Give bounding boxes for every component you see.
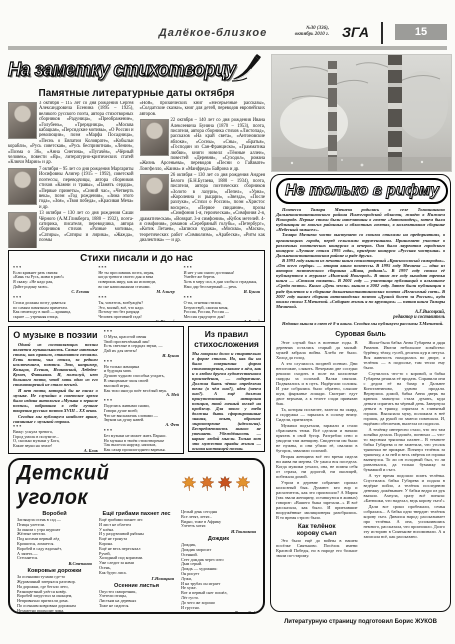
maple-leaf-icon xyxy=(236,476,250,497)
quote-text: О Муза, красотой овеян Твой просветлённы… xyxy=(104,335,179,354)
kids-poem: Осенние листья Опустел скворечник, Улете… xyxy=(99,583,174,609)
quote-text: И нет у нас иного достоянья! Умейте же б… xyxy=(184,271,260,290)
poems-quotes-box: Стихи писали и до нас Если крикнет рать … xyxy=(8,250,265,322)
autumn-leaves-row xyxy=(182,476,250,497)
writing-hand-icon xyxy=(231,54,263,87)
music-paragraph: И нет поэта, который бы не писал о музык… xyxy=(13,388,98,413)
article-column-2: «Ной», прозаических книг «Несерьёзные ра… xyxy=(140,101,266,248)
story-paragraph: Вторая женщина всё это время сидела ни ж… xyxy=(276,454,358,479)
story-paragraph: А тут время подошло поить телёнка. Спуст… xyxy=(364,473,446,503)
intro-paragraph: Тамара Мячнева часто выступает со своими… xyxy=(276,232,445,257)
story-column-1: Этот случай был в военные годы. В деревн… xyxy=(276,340,358,558)
page-header: Далёкое-близкое №30 (336), октябрь 2010 … xyxy=(8,24,447,44)
birch-trees-photo xyxy=(272,55,451,171)
story-paragraph: Случилось что-то с коровой, и бабка Губа… xyxy=(364,371,446,426)
music-box-right-column: О Муза, красотой овеян Твой просветлённы… xyxy=(104,330,179,450)
quote-text: Вижу: уснула тревога, Город умолк в полу… xyxy=(13,430,98,449)
maple-leaf-icon xyxy=(182,476,196,497)
header-divider xyxy=(381,22,383,44)
poem-author: И.Токмакова xyxy=(181,529,256,534)
poem-text: Целый день сегодня Все летят, летят... В… xyxy=(181,510,256,529)
music-left-quote: Вижу: уснула тревога, Город умолк в полу… xyxy=(13,425,98,454)
page-footer-credit: Литературную страницу подготовил Борис Ж… xyxy=(270,619,451,625)
feature-intro: Поэтесса Тамара Мячнева родилась в селе … xyxy=(276,207,445,309)
kids-column-2: Ещё грибами пахнет лес Ещё грибами пахне… xyxy=(99,510,174,614)
poetry-quote: И нет у нас иного достоянья! Умейте же б… xyxy=(184,266,260,294)
article-paragraph: 3 октября – 115 лет со дня рождения Серг… xyxy=(8,101,134,166)
poem-text: Дождик, Дождик моросит Осенний. Сеет дож… xyxy=(181,543,256,610)
music-box-paragraphs: Одной из составляющих поэзии является му… xyxy=(13,342,98,424)
story-column-2: Жила-была бабка Анна Губарева и дядя Ряз… xyxy=(364,340,446,558)
story-paragraph: Этот случай был в военные годы. В деревн… xyxy=(276,340,358,360)
music-box-title: О музыке в поэзии xyxy=(13,330,98,340)
kids-poem: Воробей Заглянула осень в сад — Птицы ул… xyxy=(17,511,92,566)
kids-poem: Дождик Дождик, Дождик моросит Осенний. С… xyxy=(181,536,256,614)
article-paragraph: 22 октября – 140 лет со дня рождения Ива… xyxy=(140,118,266,172)
author-portrait-photo xyxy=(140,174,169,211)
article-paragraph: 13 октября – 130 лет со дня рождения Саш… xyxy=(8,211,134,243)
article-subhead: Памятные литературные даты октября xyxy=(8,88,265,99)
kids-corner-title: Детский уголок xyxy=(17,462,182,510)
quote-text: Если крикнет рать святая: «Кинь ты Русь,… xyxy=(13,271,89,290)
story2-title: Как телёнок корову съел xyxy=(276,523,358,537)
story1-paragraphs: Этот случай был в военные годы. В деревн… xyxy=(276,340,358,520)
editor-signature: А.Г.Высоцкий, редактор и составитель xyxy=(276,310,445,321)
author-portrait-photo xyxy=(8,212,37,248)
newspaper-logo: ЗГА xyxy=(342,24,369,40)
quote-author: А. Блок xyxy=(13,449,98,454)
quote-author: И. Бунин xyxy=(104,354,179,359)
music-box-left-column: О музыке в поэзии Одной из составляющих … xyxy=(13,330,98,450)
quote-author: С. Есенин xyxy=(13,290,89,295)
paragraph-text: 13 октября – 130 лет со дня рождения Саш… xyxy=(39,211,134,243)
quote-text: Без музыки не может жить Парнас. Но музы… xyxy=(104,434,179,453)
poem-author: Роман Сэф xyxy=(181,610,256,614)
story-paragraph: Утром в деревне собрание: пропал колхозн… xyxy=(276,480,358,520)
author-portrait-photo xyxy=(140,119,169,156)
poetry-quote: Поделись живыми снами, Говори душе моей;… xyxy=(104,399,179,428)
story-paragraph: А телёнку интересно стало, что это там х… xyxy=(364,427,446,472)
quote-author: А. Мей xyxy=(104,393,179,398)
feature-column-box: Не только в рифму Поэтесса Тамара Мячнев… xyxy=(270,174,451,612)
quote-text: Поделись живыми снами, Говори душе моей;… xyxy=(104,404,179,423)
poetry-quote: Без музыки не может жить Парнас. Но музы… xyxy=(104,429,179,454)
kids-poem: Ковровые дорожки За осенними тучами где-… xyxy=(17,568,92,614)
quote-author: А. Белый xyxy=(184,320,260,322)
kids-corner-box: Детский уголок Воробей Заглянула осень в… xyxy=(8,458,265,614)
quotes-grid: Если крикнет рать святая: «Кинь ты Русь,… xyxy=(13,266,260,322)
kids-column-3: Целый день сегодня Все летят, летят... В… xyxy=(181,510,256,614)
music-in-poetry-box: О музыке в поэзии Одной из составляющих … xyxy=(8,326,184,454)
music-paragraph: Сегодня мы публикуем наиболее яркие, свя… xyxy=(13,414,98,424)
poem-text: Ещё грибами пахнет лес И лист не облетел… xyxy=(99,518,174,576)
story-paragraph: Дали все сроки пробежали, семья собралас… xyxy=(364,504,446,539)
poem-author: Г.Новицкая xyxy=(99,576,174,581)
story-paragraph: Жила-была бабка Анна Губарева и дядя Ряз… xyxy=(364,340,446,370)
newspaper-page: Далёкое-близкое №30 (336), октябрь 2010 … xyxy=(0,0,455,644)
music-paragraph: Одной из составляющих поэзии является му… xyxy=(13,342,98,387)
story-paragraph: Мужики подъехали, заржали и стали сбрасы… xyxy=(276,423,358,453)
feature-headline: Не только в рифму xyxy=(276,178,448,204)
maple-leaf-icon xyxy=(200,476,214,497)
poetry-quote: О Муза, красотой овеян Твой просветлённы… xyxy=(104,330,179,359)
quote-text: Стихи должны поэту даваться по самым пам… xyxy=(13,301,89,322)
intro-paragraph: Поэтесса Тамара Мячнева родилась в селе … xyxy=(276,207,445,232)
editor-note: Недавно вышла в свет её 8-я книга. Сегод… xyxy=(276,321,445,326)
poetry-quote: Ты, читатель, возбуждён? Это, милый, всё… xyxy=(98,296,174,322)
poetry-quote: Если крикнет рать святая: «Кинь ты Русь,… xyxy=(13,266,89,294)
main-headline: На заметку стихотворцу xyxy=(8,53,230,88)
kids-poem: Ещё грибами пахнет лес Ещё грибами пахне… xyxy=(99,511,174,581)
story-paragraph: А это случилось поздней осенью. Дни непо… xyxy=(276,361,358,406)
quote-text: Не ты прославишь поэта, играя, когда тре… xyxy=(98,271,174,290)
page-number-badge: 15 xyxy=(395,24,447,40)
quote-text: О ты, огневая стихия, Безумствуй, сжигая… xyxy=(184,301,260,320)
issue-info: №30 (336), октябрь 2010 г. xyxy=(295,26,329,38)
quote-text: Ты, читатель, возбуждён? Это, милый, всё… xyxy=(98,301,174,320)
kids-corner-header: Детский уголок xyxy=(17,463,256,509)
quote-text: Но только женщина и будущая мать Душою ч… xyxy=(104,365,179,394)
paragraph-text: «Ной», прозаических книг «Несерьёзные ра… xyxy=(140,101,266,117)
article-paragraph: 7 октября – 95 лет со дня рождения Марга… xyxy=(8,167,134,210)
rules-box-body: Мы говорили долго и старательно о форме … xyxy=(192,351,261,451)
literary-dates-article: 3 октября – 115 лет со дня рождения Серг… xyxy=(8,101,265,248)
header-rule xyxy=(8,46,447,50)
author-portrait-photo xyxy=(8,102,37,139)
story-title: Суровая быль xyxy=(276,331,445,338)
rules-box-title: Из правил стихосложения xyxy=(192,330,261,349)
article-column-1: 3 октября – 115 лет со дня рождения Серг… xyxy=(8,101,134,248)
quote-author: М. Алигер xyxy=(98,290,174,295)
poem-title: Осенние листья xyxy=(99,583,174,589)
poetry-quote: Не ты прославишь поэта, играя, когда тре… xyxy=(98,266,174,294)
article-paragraph: «Ной», прозаических книг «Несерьёзные ра… xyxy=(140,101,266,117)
poem-text: Заглянула осень в сад — Птицы улетели. З… xyxy=(17,518,92,561)
kids-poem: Целый день сегодня Все летят, летят... В… xyxy=(181,510,256,534)
poetry-quote: Стихи должны поэту даваться по самым пам… xyxy=(13,296,89,322)
intro-paragraph: В 1993 году вышла из печати книга стихот… xyxy=(276,258,445,309)
poetry-quote: Но только женщина и будущая мать Душою ч… xyxy=(104,360,179,398)
quote-author: С. Чёрный xyxy=(98,320,174,322)
quote-author: С. Маршак xyxy=(104,453,179,454)
issue-date: октябрь 2010 г. xyxy=(295,32,329,38)
quote-author: А. Фет xyxy=(104,423,179,428)
author-portrait-photo xyxy=(8,168,37,205)
versification-rules-box: Из правил стихосложения Мы говорили долг… xyxy=(188,326,265,452)
story-columns: Этот случай был в военные годы. В деревн… xyxy=(276,340,445,558)
story-paragraph: Та, которая посмелее, залегла на скирд, … xyxy=(276,407,358,422)
poems-box-title: Стихи писали и до нас xyxy=(13,253,260,264)
paragraph-text: 7 октября – 95 лет со дня рождения Марга… xyxy=(39,167,134,210)
maple-leaf-icon xyxy=(218,476,232,497)
kids-column-1: Воробей Заглянула осень в сад — Птицы ул… xyxy=(17,510,92,614)
story2-lead-paragraph: Это было ещё до войны в нашем посёлке Си… xyxy=(276,538,358,558)
poem-author: В.Степанов xyxy=(17,561,92,566)
kids-poem-columns: Воробей Заглянула осень в сад — Птицы ул… xyxy=(17,510,256,614)
poem-text: За осенними тучами где-то Журавлиный зат… xyxy=(17,575,92,613)
poetry-quote: О ты, огневая стихия, Безумствуй, сжигая… xyxy=(184,296,260,322)
article-paragraph: 26 октября – 130 лет со дня рождения Анд… xyxy=(140,173,266,243)
poem-text: Опустел скворечник, Улетели птицы, Листь… xyxy=(99,590,174,609)
quote-author: И. Бунин xyxy=(184,290,260,295)
